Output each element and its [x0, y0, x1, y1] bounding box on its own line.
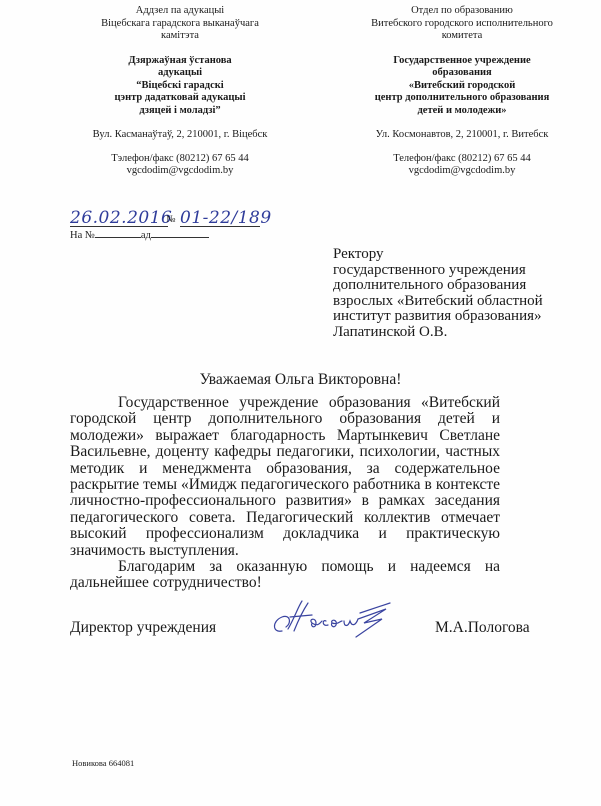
department-name-by: Аддзел па адукацыі Віцебскага гарадскога… [62, 5, 298, 43]
addressee-block: Ректору государственного учреждения допо… [333, 247, 543, 340]
number-underline [180, 226, 260, 227]
letter-page: Аддзел па адукацыі Віцебскага гарадскога… [0, 0, 601, 806]
letter-body: Государственное учреждение образования «… [70, 395, 500, 592]
ref-number-blank [95, 228, 141, 238]
date-underline [70, 226, 168, 227]
number-label: № [166, 214, 176, 225]
letterhead-belarusian: Аддзел па адукацыі Віцебскага гарадскога… [62, 5, 298, 178]
letterhead-russian: Отдел по образованию Витебского городско… [330, 5, 594, 178]
ref-date-blank [151, 228, 209, 238]
signatory-title: Директор учреждения [70, 619, 216, 637]
handwritten-date: 26.02.2016 [70, 208, 172, 228]
email-ru: vgcdodim@vgcdodim.by [330, 165, 594, 178]
phone-ru: Телефон/факс (80212) 67 65 44 [330, 153, 594, 166]
organization-name-ru: Государственное учреждение образования «… [330, 55, 594, 118]
address-ru: Ул. Космонавтов, 2, 210001, г. Витебск [330, 129, 594, 142]
ref-from-label: ад [141, 230, 151, 241]
signatory-name: М.А.Пологова [435, 619, 530, 637]
salutation: Уважаемая Ольга Викторовна! [0, 371, 601, 389]
handwritten-signature-icon [268, 593, 418, 643]
phone-by: Тэлефон/факс (80212) 67 65 44 [62, 153, 298, 166]
department-name-ru: Отдел по образованию Витебского городско… [330, 5, 594, 43]
organization-name-by: Дзяржаўная ўстанова адукацыі “Віцебскі г… [62, 55, 298, 118]
executor-note: Новикова 664081 [72, 758, 134, 768]
body-paragraph: Государственное учреждение образования «… [70, 395, 500, 559]
ref-number-label: На № [70, 230, 95, 241]
reference-line: На №ад [70, 228, 209, 241]
handwritten-outgoing-number: 01-22/189 [180, 208, 272, 228]
email-by: vgcdodim@vgcdodim.by [62, 165, 298, 178]
body-paragraph: Благодарим за оказанную помощь и надеемс… [70, 559, 500, 592]
address-by: Вул. Касманаўтаў, 2, 210001, г. Віцебск [62, 129, 298, 142]
